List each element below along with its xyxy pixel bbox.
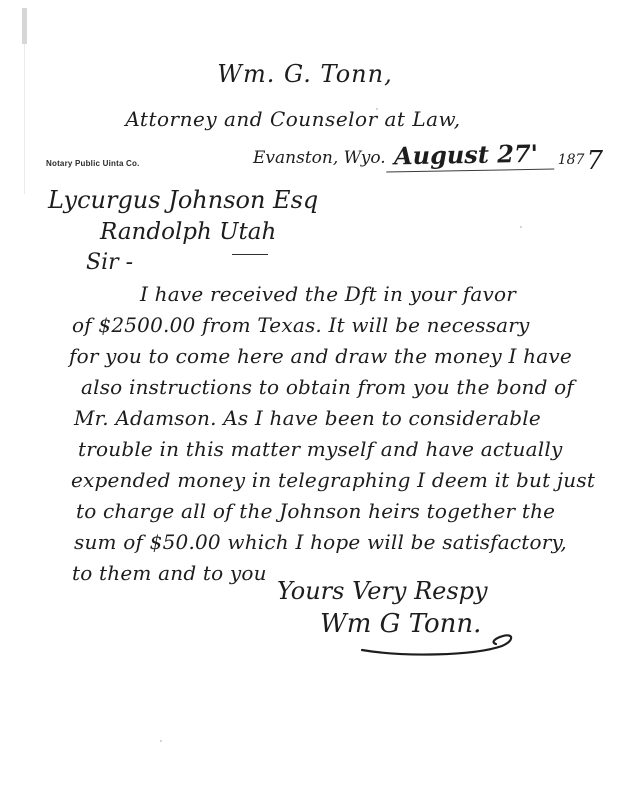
letter-body: I have received the Dft in your favor of…	[52, 279, 597, 589]
dateline-year-printed: 187	[554, 152, 587, 171]
recipient-address: Randolph Utah	[100, 219, 276, 245]
dateline: Evanston, Wyo. August 27' 187 7	[253, 140, 603, 171]
letterhead-name: Wm. G. Tonn,	[200, 60, 410, 88]
body-line: sum of $50.00 which I hope will be satis…	[52, 527, 597, 558]
address-underline	[232, 254, 268, 255]
body-line: Mr. Adamson. As I have been to considera…	[52, 403, 597, 434]
body-line: of $2500.00 from Texas. It will be neces…	[52, 310, 597, 341]
letterhead-title: Attorney and Counselor at Law,	[118, 107, 468, 131]
dateline-place: Evanston, Wyo.	[253, 148, 386, 171]
body-line: expended money in telegraphing I deem it…	[52, 465, 597, 496]
notary-stamp: Notary Public Uinta Co.	[46, 159, 140, 168]
scan-artifact	[160, 740, 162, 742]
recipient-name: Lycurgus Johnson Esq	[48, 186, 318, 214]
dateline-year-handwritten: 7	[586, 151, 603, 171]
body-line: also instructions to obtain from you the…	[52, 372, 597, 403]
body-line: to charge all of the Johnson heirs toget…	[52, 496, 597, 527]
signature-flourish-icon	[358, 631, 520, 659]
body-line: I have received the Dft in your favor	[52, 279, 597, 310]
letter-page: Wm. G. Tonn, Attorney and Counselor at L…	[0, 0, 618, 800]
body-line: for you to come here and draw the money …	[52, 341, 597, 372]
valediction: Yours Very Respy	[277, 577, 488, 605]
scan-artifact	[22, 8, 27, 44]
salutation: Sir -	[86, 250, 133, 275]
dateline-date-handwritten: August 27'	[385, 139, 554, 173]
scan-artifact	[520, 226, 522, 228]
scan-artifact	[24, 44, 25, 194]
body-line: trouble in this matter myself and have a…	[52, 434, 597, 465]
